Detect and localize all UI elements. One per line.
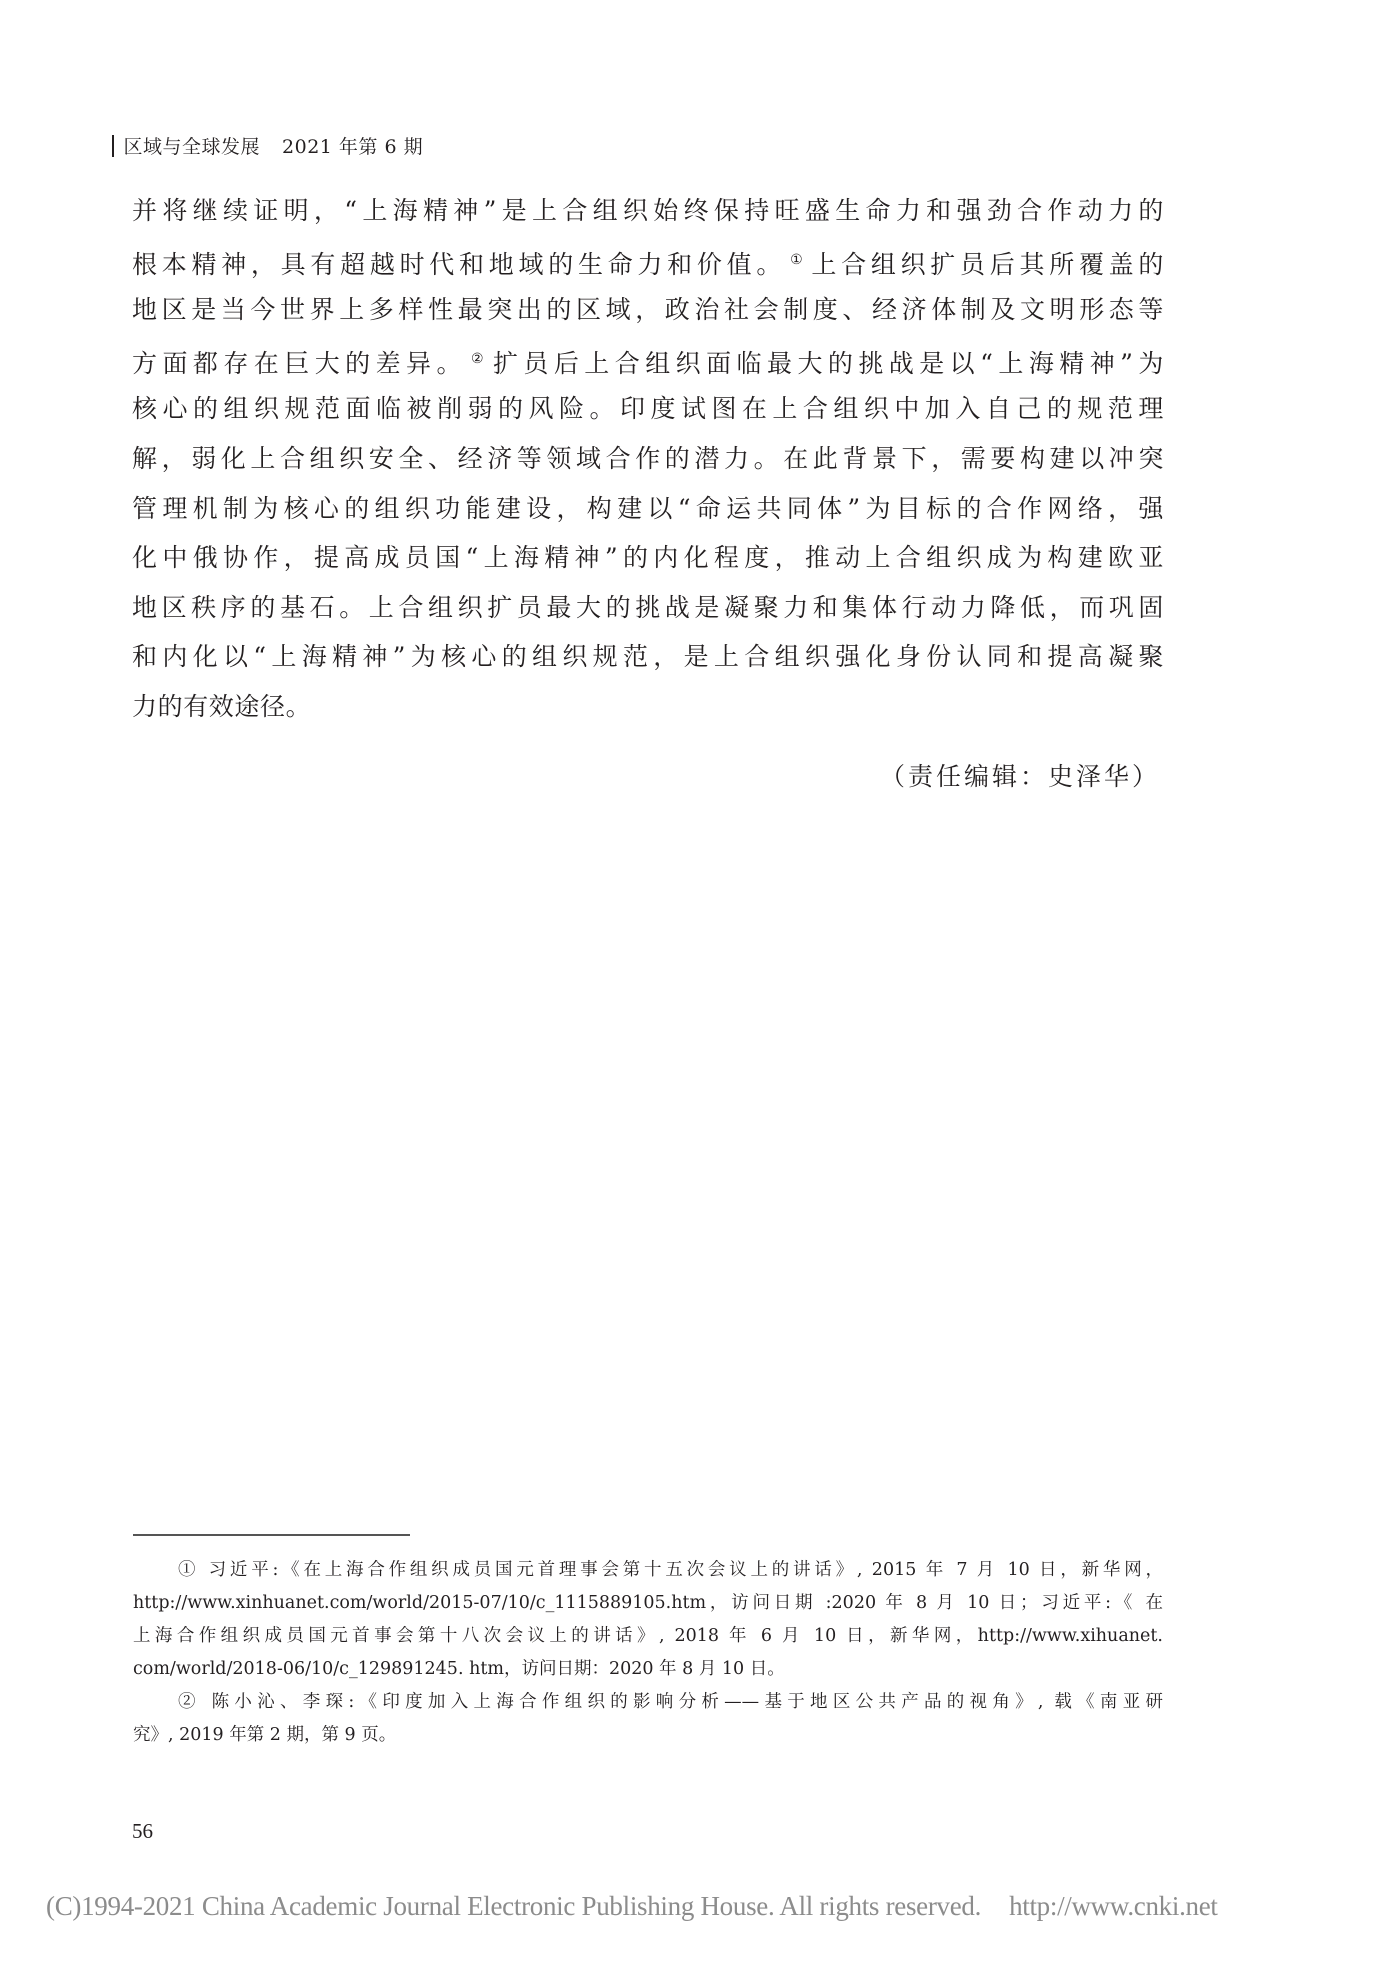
body-line: 核心的组织规范面临被削弱的风险。印度试图在上合组织中加入自己的规范理 xyxy=(132,384,1164,434)
header-rule xyxy=(112,135,114,157)
body-line: 和内化以“上海精神”为核心的组织规范，是上合组织强化身份认同和提高凝聚 xyxy=(132,632,1164,682)
copyright-notice: (C)1994-2021 China Academic Journal Elec… xyxy=(46,1891,1218,1922)
footnote-line: com/world/2018-06/10/c_129891245. htm，访问… xyxy=(133,1653,1163,1686)
journal-title: 区域与全球发展 xyxy=(124,136,261,158)
footnote-line: 上海合作组织成员国元首事会第十八次会议上的讲话》, 2018 年 6 月 10 … xyxy=(133,1620,1163,1653)
body-line: 地区秩序的基石。上合组织扩员最大的挑战是凝聚力和集体行动力降低，而巩固 xyxy=(132,583,1164,633)
page-number: 56 xyxy=(132,1819,153,1844)
body-line: 管理机制为核心的组织功能建设，构建以“命运共同体”为目标的合作网络，强 xyxy=(132,484,1164,534)
running-header: 区域与全球发展2021 年第 6 期 xyxy=(112,132,423,159)
footnote-line: ② 陈小沁、李琛:《印度加入上海合作组织的影响分析——基于地区公共产品的视角》,… xyxy=(133,1686,1163,1719)
cnki-link[interactable]: http://www.cnki.net xyxy=(1009,1891,1218,1921)
footnote-ref-2[interactable]: ② xyxy=(471,351,489,367)
body-text: 并将继续证明，“上海精神”是上合组织始终保持旺盛生命力和强劲合作动力的 根本精神… xyxy=(132,186,1164,732)
body-line: 根本精神，具有超越时代和地域的生命力和价值。①上合组织扩员后其所覆盖的 xyxy=(132,236,1164,286)
issue-label: 2021 年第 6 期 xyxy=(282,136,423,158)
footnote-line: ① 习近平:《在上海合作组织成员国元首理事会第十五次会议上的讲话》, 2015 … xyxy=(133,1554,1163,1587)
body-line: 解，弱化上合组织安全、经济等领域合作的潜力。在此背景下，需要构建以冲突 xyxy=(132,434,1164,484)
footnote-line: 究》, 2019 年第 2 期，第 9 页。 xyxy=(133,1719,1163,1752)
body-line: 方面都存在巨大的差异。②扩员后上合组织面临最大的挑战是以“上海精神”为 xyxy=(132,335,1164,385)
body-line: 并将继续证明，“上海精神”是上合组织始终保持旺盛生命力和强劲合作动力的 xyxy=(132,186,1164,236)
editor-note: （责任编辑：史泽华） xyxy=(880,757,1160,793)
copyright-text: (C)1994-2021 China Academic Journal Elec… xyxy=(46,1891,981,1921)
body-line: 力的有效途径。 xyxy=(132,682,1164,732)
body-line: 地区是当今世界上多样性最突出的区域，政治社会制度、经济体制及文明形态等 xyxy=(132,285,1164,335)
body-line: 化中俄协作，提高成员国“上海精神”的内化程度，推动上合组织成为构建欧亚 xyxy=(132,533,1164,583)
footnote-ref-1[interactable]: ① xyxy=(790,252,807,268)
footnotes: ① 习近平:《在上海合作组织成员国元首理事会第十五次会议上的讲话》, 2015 … xyxy=(133,1554,1163,1752)
footnote-line: http://www.xinhuanet.com/world/2015-07/1… xyxy=(133,1587,1163,1620)
footnote-rule xyxy=(133,1534,410,1536)
